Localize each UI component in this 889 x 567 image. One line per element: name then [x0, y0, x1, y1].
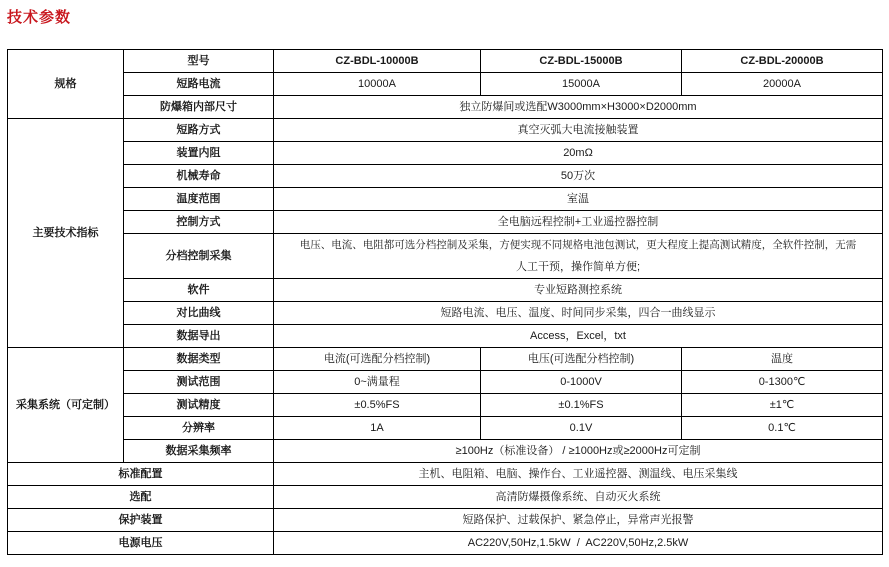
- row-label-test-range: 测试范围: [124, 371, 274, 394]
- row-label-resolution: 分辨率: [124, 417, 274, 440]
- table-row: 测试精度 ±0.5%FS ±0.1%FS ±1℃: [8, 394, 883, 417]
- row-label-box-size: 防爆箱内部尺寸: [124, 96, 274, 119]
- value-cell: 温度: [682, 348, 883, 371]
- table-row: 规格 型号 CZ-BDL-10000B CZ-BDL-15000B CZ-BDL…: [8, 50, 883, 73]
- value-cell: ±0.5%FS: [274, 394, 481, 417]
- value-cell: 电流(可选配分档控制): [274, 348, 481, 371]
- value-cell: 电压、电流、电阻都可选分档控制及采集，方便实现不同规格电池包测试，更大程度上提高…: [274, 234, 883, 279]
- value-cell: 电压(可选配分档控制): [481, 348, 682, 371]
- row-label-protection: 保护装置: [8, 509, 274, 532]
- value-cell: 高清防爆摄像系统、自动灭火系统: [274, 486, 883, 509]
- value-cell: 室温: [274, 188, 883, 211]
- value-cell: ≥100Hz（标准设备） / ≥1000Hz或≥2000Hz可定制: [274, 440, 883, 463]
- table-row: 对比曲线 短路电流、电压、温度、时间同步采集，四合一曲线显示: [8, 302, 883, 325]
- value-cell: ±0.1%FS: [481, 394, 682, 417]
- page-title: 技术参数: [7, 6, 71, 27]
- value-cell: 50万次: [274, 165, 883, 188]
- value-cell: 1A: [274, 417, 481, 440]
- value-cell: 主机、电阻箱、电脑、操作台、工业遥控器、测温线、电压采集线: [274, 463, 883, 486]
- table-row: 短路电流 10000A 15000A 20000A: [8, 73, 883, 96]
- value-cell: Access，Excel，txt: [274, 325, 883, 348]
- group-label-main: 主要技术指标: [8, 119, 124, 348]
- table-row: 电源电压 AC220V,50Hz,1.5kW / AC220V,50Hz,2.5…: [8, 532, 883, 555]
- value-cell: 0-1300℃: [682, 371, 883, 394]
- row-label-optional: 选配: [8, 486, 274, 509]
- table-row: 分档控制采集 电压、电流、电阻都可选分档控制及采集，方便实现不同规格电池包测试，…: [8, 234, 883, 279]
- table-row: 数据采集频率 ≥100Hz（标准设备） / ≥1000Hz或≥2000Hz可定制: [8, 440, 883, 463]
- table-row: 温度范围 室温: [8, 188, 883, 211]
- value-cell: 0~满量程: [274, 371, 481, 394]
- group-label-spec: 规格: [8, 50, 124, 119]
- value-cell: 独立防爆间或选配W3000mm×H3000×D2000mm: [274, 96, 883, 119]
- value-cell: 10000A: [274, 73, 481, 96]
- table-row: 标准配置 主机、电阻箱、电脑、操作台、工业遥控器、测温线、电压采集线: [8, 463, 883, 486]
- row-label-control: 控制方式: [124, 211, 274, 234]
- row-label-export: 数据导出: [124, 325, 274, 348]
- row-label-software: 软件: [124, 279, 274, 302]
- table-row: 数据导出 Access，Excel，txt: [8, 325, 883, 348]
- row-label-standard: 标准配置: [8, 463, 274, 486]
- table-row: 分辨率 1A 0.1V 0.1℃: [8, 417, 883, 440]
- value-cell: 20000A: [682, 73, 883, 96]
- value-line: 电压、电流、电阻都可选分档控制及采集，方便实现不同规格电池包测试，更大程度上提高…: [278, 234, 878, 256]
- value-cell: 真空灭弧大电流接触装置: [274, 119, 883, 142]
- model-cell: CZ-BDL-15000B: [481, 50, 682, 73]
- table-row: 机械寿命 50万次: [8, 165, 883, 188]
- table-row: 装置内阻 20mΩ: [8, 142, 883, 165]
- row-label-short-current: 短路电流: [124, 73, 274, 96]
- row-label-power: 电源电压: [8, 532, 274, 555]
- row-label-resistance: 装置内阻: [124, 142, 274, 165]
- value-line: 人工干预，操作简单方便;: [278, 256, 878, 278]
- row-label-range-ctrl: 分档控制采集: [124, 234, 274, 279]
- row-label-short-mode: 短路方式: [124, 119, 274, 142]
- row-label-model: 型号: [124, 50, 274, 73]
- spec-table: 规格 型号 CZ-BDL-10000B CZ-BDL-15000B CZ-BDL…: [7, 49, 883, 555]
- row-label-data-type: 数据类型: [124, 348, 274, 371]
- value-cell: AC220V,50Hz,1.5kW / AC220V,50Hz,2.5kW: [274, 532, 883, 555]
- table-row: 保护装置 短路保护、过载保护、紧急停止，异常声光报警: [8, 509, 883, 532]
- table-row: 防爆箱内部尺寸 独立防爆间或选配W3000mm×H3000×D2000mm: [8, 96, 883, 119]
- value-cell: 0-1000V: [481, 371, 682, 394]
- row-label-temp-range: 温度范围: [124, 188, 274, 211]
- table-row: 主要技术指标 短路方式 真空灭弧大电流接触装置: [8, 119, 883, 142]
- value-cell: 15000A: [481, 73, 682, 96]
- table-row: 控制方式 全电脑远程控制+工业遥控器控制: [8, 211, 883, 234]
- value-cell: 专业短路测控系统: [274, 279, 883, 302]
- value-cell: 短路保护、过载保护、紧急停止，异常声光报警: [274, 509, 883, 532]
- table-row: 软件 专业短路测控系统: [8, 279, 883, 302]
- model-cell: CZ-BDL-10000B: [274, 50, 481, 73]
- value-cell: ±1℃: [682, 394, 883, 417]
- row-label-life: 机械寿命: [124, 165, 274, 188]
- model-cell: CZ-BDL-20000B: [682, 50, 883, 73]
- row-label-accuracy: 测试精度: [124, 394, 274, 417]
- value-cell: 短路电流、电压、温度、时间同步采集，四合一曲线显示: [274, 302, 883, 325]
- value-cell: 全电脑远程控制+工业遥控器控制: [274, 211, 883, 234]
- table-row: 选配 高清防爆摄像系统、自动灭火系统: [8, 486, 883, 509]
- row-label-sample-rate: 数据采集频率: [124, 440, 274, 463]
- value-cell: 0.1V: [481, 417, 682, 440]
- group-label-acq: 采集系统（可定制）: [8, 348, 124, 463]
- table-row: 采集系统（可定制） 数据类型 电流(可选配分档控制) 电压(可选配分档控制) 温…: [8, 348, 883, 371]
- table-row: 测试范围 0~满量程 0-1000V 0-1300℃: [8, 371, 883, 394]
- value-cell: 20mΩ: [274, 142, 883, 165]
- row-label-curve: 对比曲线: [124, 302, 274, 325]
- value-cell: 0.1℃: [682, 417, 883, 440]
